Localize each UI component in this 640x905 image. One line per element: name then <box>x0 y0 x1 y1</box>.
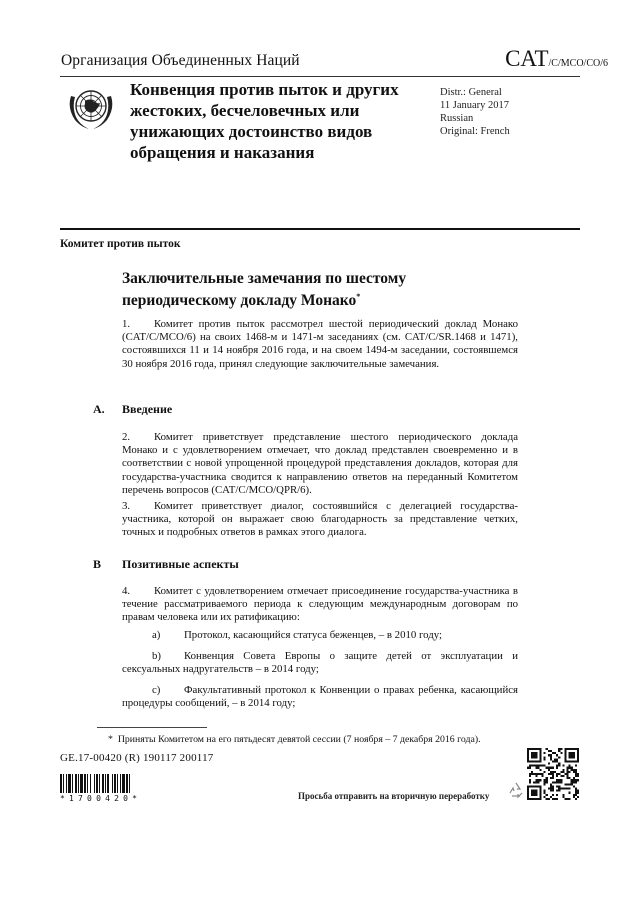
paragraph-text: Комитет приветствует диалог, состоявшийс… <box>122 500 518 538</box>
barcode-text: *1700420* <box>60 794 160 803</box>
paragraph-number: 2. <box>122 431 154 444</box>
committee-name: Комитет против пыток <box>60 238 181 250</box>
convention-title: Конвенция против пыток и других жестоких… <box>130 79 430 163</box>
list-item-c: c)Факультативный протокол к Конвенции о … <box>122 684 518 710</box>
list-item-b: b)Конвенция Совета Европы о защите детей… <box>122 650 518 676</box>
original-language: Original: French <box>440 125 510 138</box>
paragraph-text: Комитет с удовлетворением отмечает присо… <box>122 585 518 623</box>
recycle-note: Просьба отправить на вторичную переработ… <box>298 791 489 801</box>
item-label: c) <box>152 684 184 697</box>
paragraph-text: Комитет против пыток рассмотрел шестой п… <box>122 318 518 370</box>
item-label: a) <box>152 629 184 642</box>
list-item-a: a)Протокол, касающийся статуса беженцев,… <box>122 629 518 642</box>
paragraph-text: Комитет приветствует представление шесто… <box>122 431 518 496</box>
paragraph-2: 2.Комитет приветствует представление шес… <box>122 431 518 497</box>
title-footnote-marker: * <box>356 292 360 301</box>
footnote: * Приняты Комитетом на его пятьдесят дев… <box>108 734 528 745</box>
section-title: Введение <box>122 402 172 416</box>
issue-date: 11 January 2017 <box>440 99 510 112</box>
section-heading-b: BПозитивные аспекты <box>93 557 239 572</box>
item-label: b) <box>152 650 184 663</box>
document-title-text: Заключительные замечания по шестому пери… <box>122 270 406 309</box>
qr-code-icon <box>527 748 579 800</box>
section-heading-a: A.Введение <box>93 402 172 417</box>
paragraph-4: 4.Комитет с удовлетворением отмечает при… <box>122 585 518 625</box>
distr-label: Distr.: General <box>440 86 510 99</box>
section-title: Позитивные аспекты <box>122 557 239 571</box>
symbol-suffix: /C/MCO/CO/6 <box>549 58 608 69</box>
paragraph-3: 3.Комитет приветствует диалог, состоявши… <box>122 500 518 540</box>
paragraph-number: 4. <box>122 585 154 598</box>
paragraph-number: 3. <box>122 500 154 513</box>
footnote-marker: * <box>108 734 113 745</box>
footnote-rule <box>97 727 207 728</box>
header-rule <box>60 76 580 77</box>
barcode-icon <box>60 774 160 793</box>
organization-name: Организация Объединенных Наций <box>61 52 300 70</box>
paragraph-1: 1.Комитет против пыток рассмотрел шестой… <box>122 318 518 371</box>
section-letter: B <box>93 557 122 572</box>
title-rule <box>60 228 580 230</box>
distribution-block: Distr.: General 11 January 2017 Russian … <box>440 86 510 138</box>
document-symbol: CAT/C/MCO/CO/6 <box>505 46 608 72</box>
item-text: Протокол, касающийся статуса беженцев, –… <box>184 629 442 641</box>
footnote-text: Приняты Комитетом на его пятьдесят девят… <box>118 734 481 745</box>
paragraph-number: 1. <box>122 318 154 331</box>
section-letter: A. <box>93 402 122 417</box>
un-emblem-icon <box>63 82 119 134</box>
recycle-icon <box>506 780 526 800</box>
document-title: Заключительные замечания по шестому пери… <box>122 270 442 310</box>
document-code: GE.17-00420 (R) 190117 200117 <box>60 752 213 764</box>
language: Russian <box>440 112 510 125</box>
symbol-main: CAT <box>505 46 548 71</box>
